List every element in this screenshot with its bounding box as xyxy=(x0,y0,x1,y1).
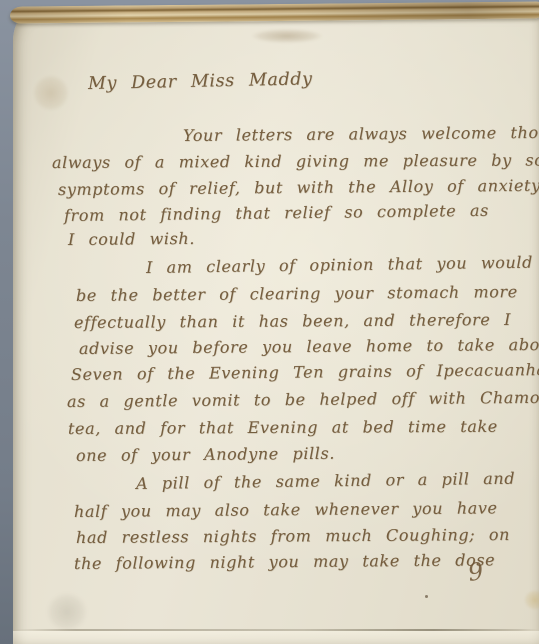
letter-line: Your letters are always welcome though, xyxy=(183,123,539,145)
letter-line: the following night you may take the dos… xyxy=(74,550,495,573)
letter-line: advise you before you leave home to take… xyxy=(79,335,539,358)
ink-speck xyxy=(425,595,428,598)
letter-line: be the better of clearing your stomach m… xyxy=(76,282,518,305)
page-edge-below-crease xyxy=(13,631,539,644)
letter-line: one of your Anodyne pills. xyxy=(76,444,335,465)
letter-line: I could wish. xyxy=(68,229,195,249)
manuscript-scan: My Dear Miss Maddy Your letters are alwa… xyxy=(0,0,539,644)
letter-line: half you may also take whenever you have xyxy=(74,498,498,521)
letter-line: as a gentle vomit to be helped off with … xyxy=(67,388,539,411)
letter-line: effectually than it has been, and theref… xyxy=(74,310,511,332)
letter-line: always of a mixed kind giving me pleasur… xyxy=(52,150,539,172)
letter-line: had restless nights from much Coughing; … xyxy=(76,525,510,547)
paper-stain xyxy=(27,69,75,117)
letter-line: tea, and for that Evening at bed time ta… xyxy=(68,417,498,438)
paper-stain xyxy=(241,27,333,45)
paper-stain xyxy=(521,587,539,613)
